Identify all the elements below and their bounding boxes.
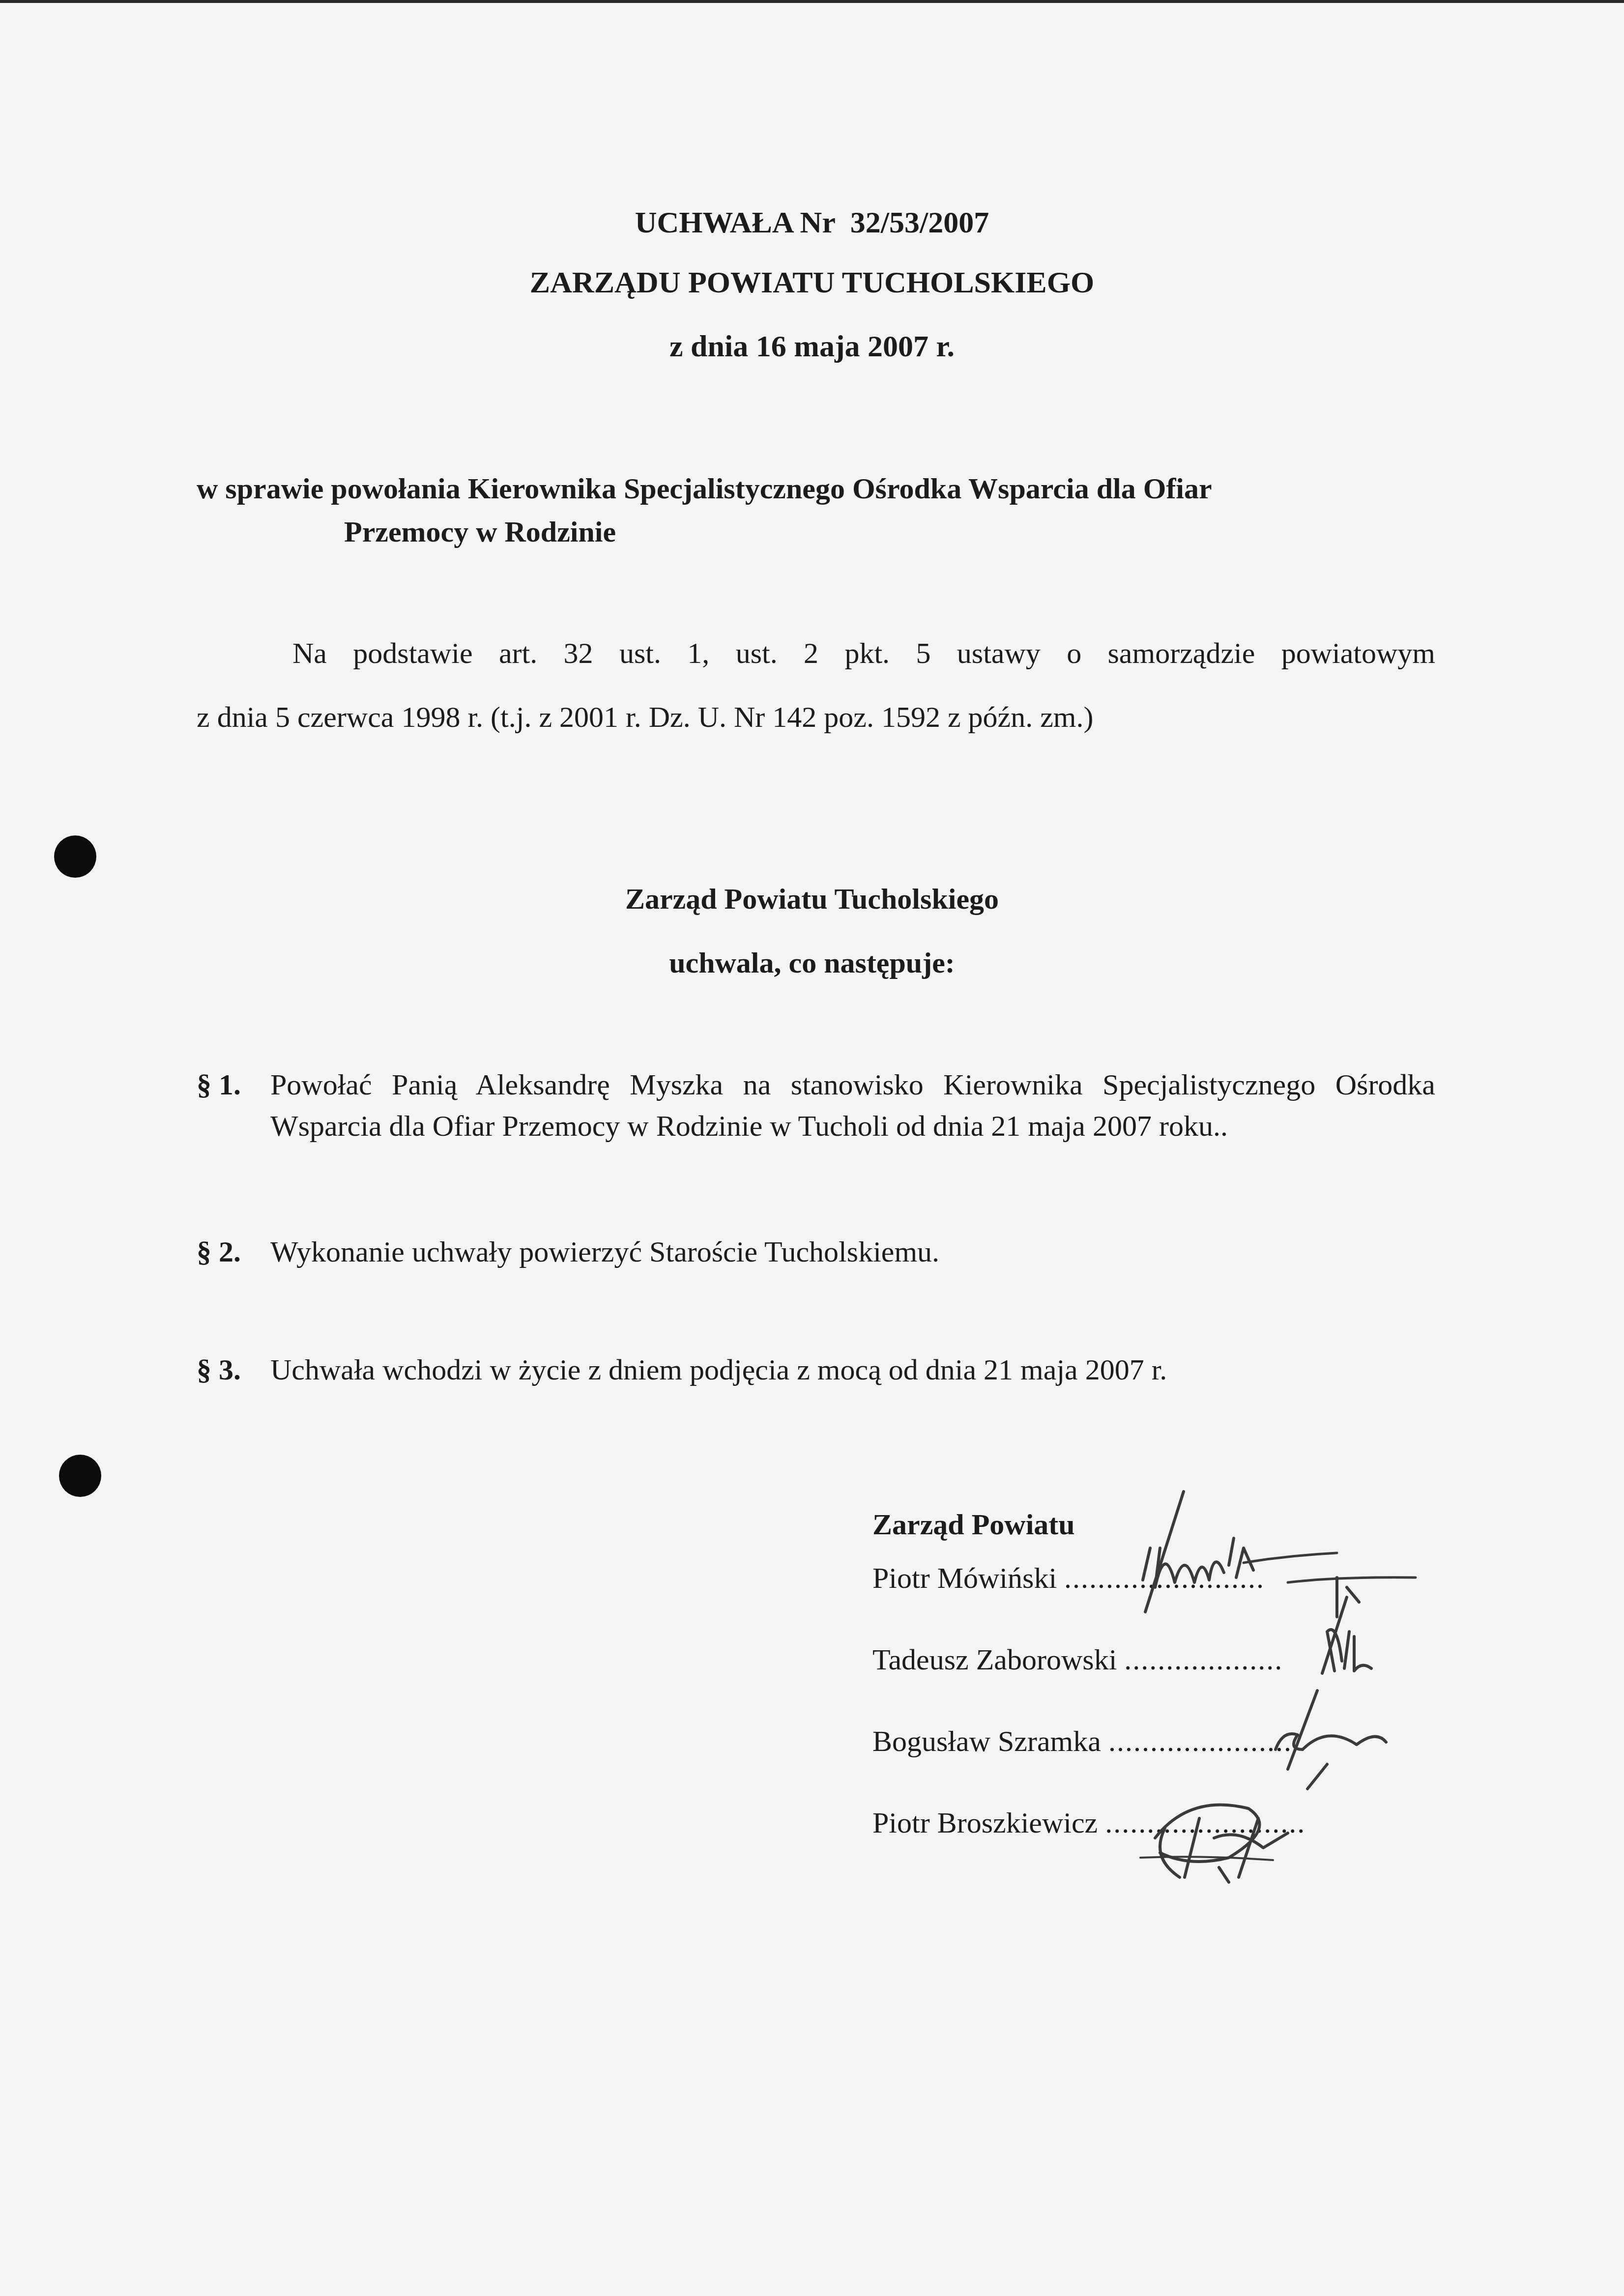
signatory-name: Tadeusz Zaborowski xyxy=(872,1643,1117,1676)
paragraph-text: Wykonanie uchwały powierzyć Staroście Tu… xyxy=(270,1231,1435,1272)
legal-basis-line-1: Na podstawie art. 32 ust. 1, ust. 2 pkt.… xyxy=(197,636,1435,670)
signatory-row: Piotr Broszkiewicz .....................… xyxy=(872,1806,1305,1888)
signature-heading: Zarząd Powiatu xyxy=(872,1508,1305,1542)
paragraph-number: § 2. xyxy=(197,1231,270,1272)
paragraph-1: § 1. Powołać Panią Aleksandrę Myszka na … xyxy=(197,1064,1435,1147)
signature-zaborowski xyxy=(1322,1597,1371,1673)
scan-top-edge xyxy=(0,0,1624,3)
signature-line: ........................ xyxy=(1105,1807,1305,1839)
legal-basis-line-2: z dnia 5 czerwca 1998 r. (t.j. z 2001 r.… xyxy=(197,700,1435,734)
signature-block: Zarząd Powiatu Piotr Mówiński ..........… xyxy=(872,1508,1305,1888)
paragraph-text: Uchwała wchodzi w życie z dniem podjęcia… xyxy=(270,1349,1435,1390)
resolution-issuer: ZARZĄDU POWIATU TUCHOLSKIEGO xyxy=(0,265,1624,300)
punch-hole-top xyxy=(54,835,96,878)
paragraph-3: § 3. Uchwała wchodzi w życie z dniem pod… xyxy=(197,1349,1435,1390)
subject-line-2: Przemocy w Rodzinie xyxy=(197,510,1212,553)
signature-line: ........................ xyxy=(1064,1562,1265,1594)
resolution-body-name: Zarząd Powiatu Tucholskiego xyxy=(0,882,1624,916)
subject-line-1: w sprawie powołania Kierownika Specjalis… xyxy=(197,467,1212,510)
signatory-row: Bogusław Szramka ...................... xyxy=(872,1724,1305,1806)
paragraph-text: Powołać Panią Aleksandrę Myszka na stano… xyxy=(270,1064,1435,1147)
resolution-title: UCHWAŁA Nr 32/53/2007 xyxy=(0,205,1624,240)
signature-line: ................... xyxy=(1124,1643,1283,1676)
signature-line: ...................... xyxy=(1108,1725,1292,1757)
resolution-intro: uchwala, co następuje: xyxy=(0,946,1624,980)
resolution-subject: w sprawie powołania Kierownika Specjalis… xyxy=(197,467,1212,553)
paragraph-2: § 2. Wykonanie uchwały powierzyć Starośc… xyxy=(197,1231,1435,1272)
signatory-name: Piotr Broszkiewicz xyxy=(872,1807,1098,1839)
resolution-date: z dnia 16 maja 2007 r. xyxy=(0,329,1624,364)
paragraph-number: § 3. xyxy=(197,1349,270,1390)
paragraph-number: § 1. xyxy=(197,1064,270,1147)
punch-hole-bottom xyxy=(59,1455,101,1497)
signatory-name: Bogusław Szramka xyxy=(872,1725,1101,1757)
signatory-row: Tadeusz Zaborowski ................... xyxy=(872,1643,1305,1724)
signatory-row: Piotr Mówiński ........................ xyxy=(872,1561,1305,1643)
signatory-name: Piotr Mówiński xyxy=(872,1562,1057,1594)
